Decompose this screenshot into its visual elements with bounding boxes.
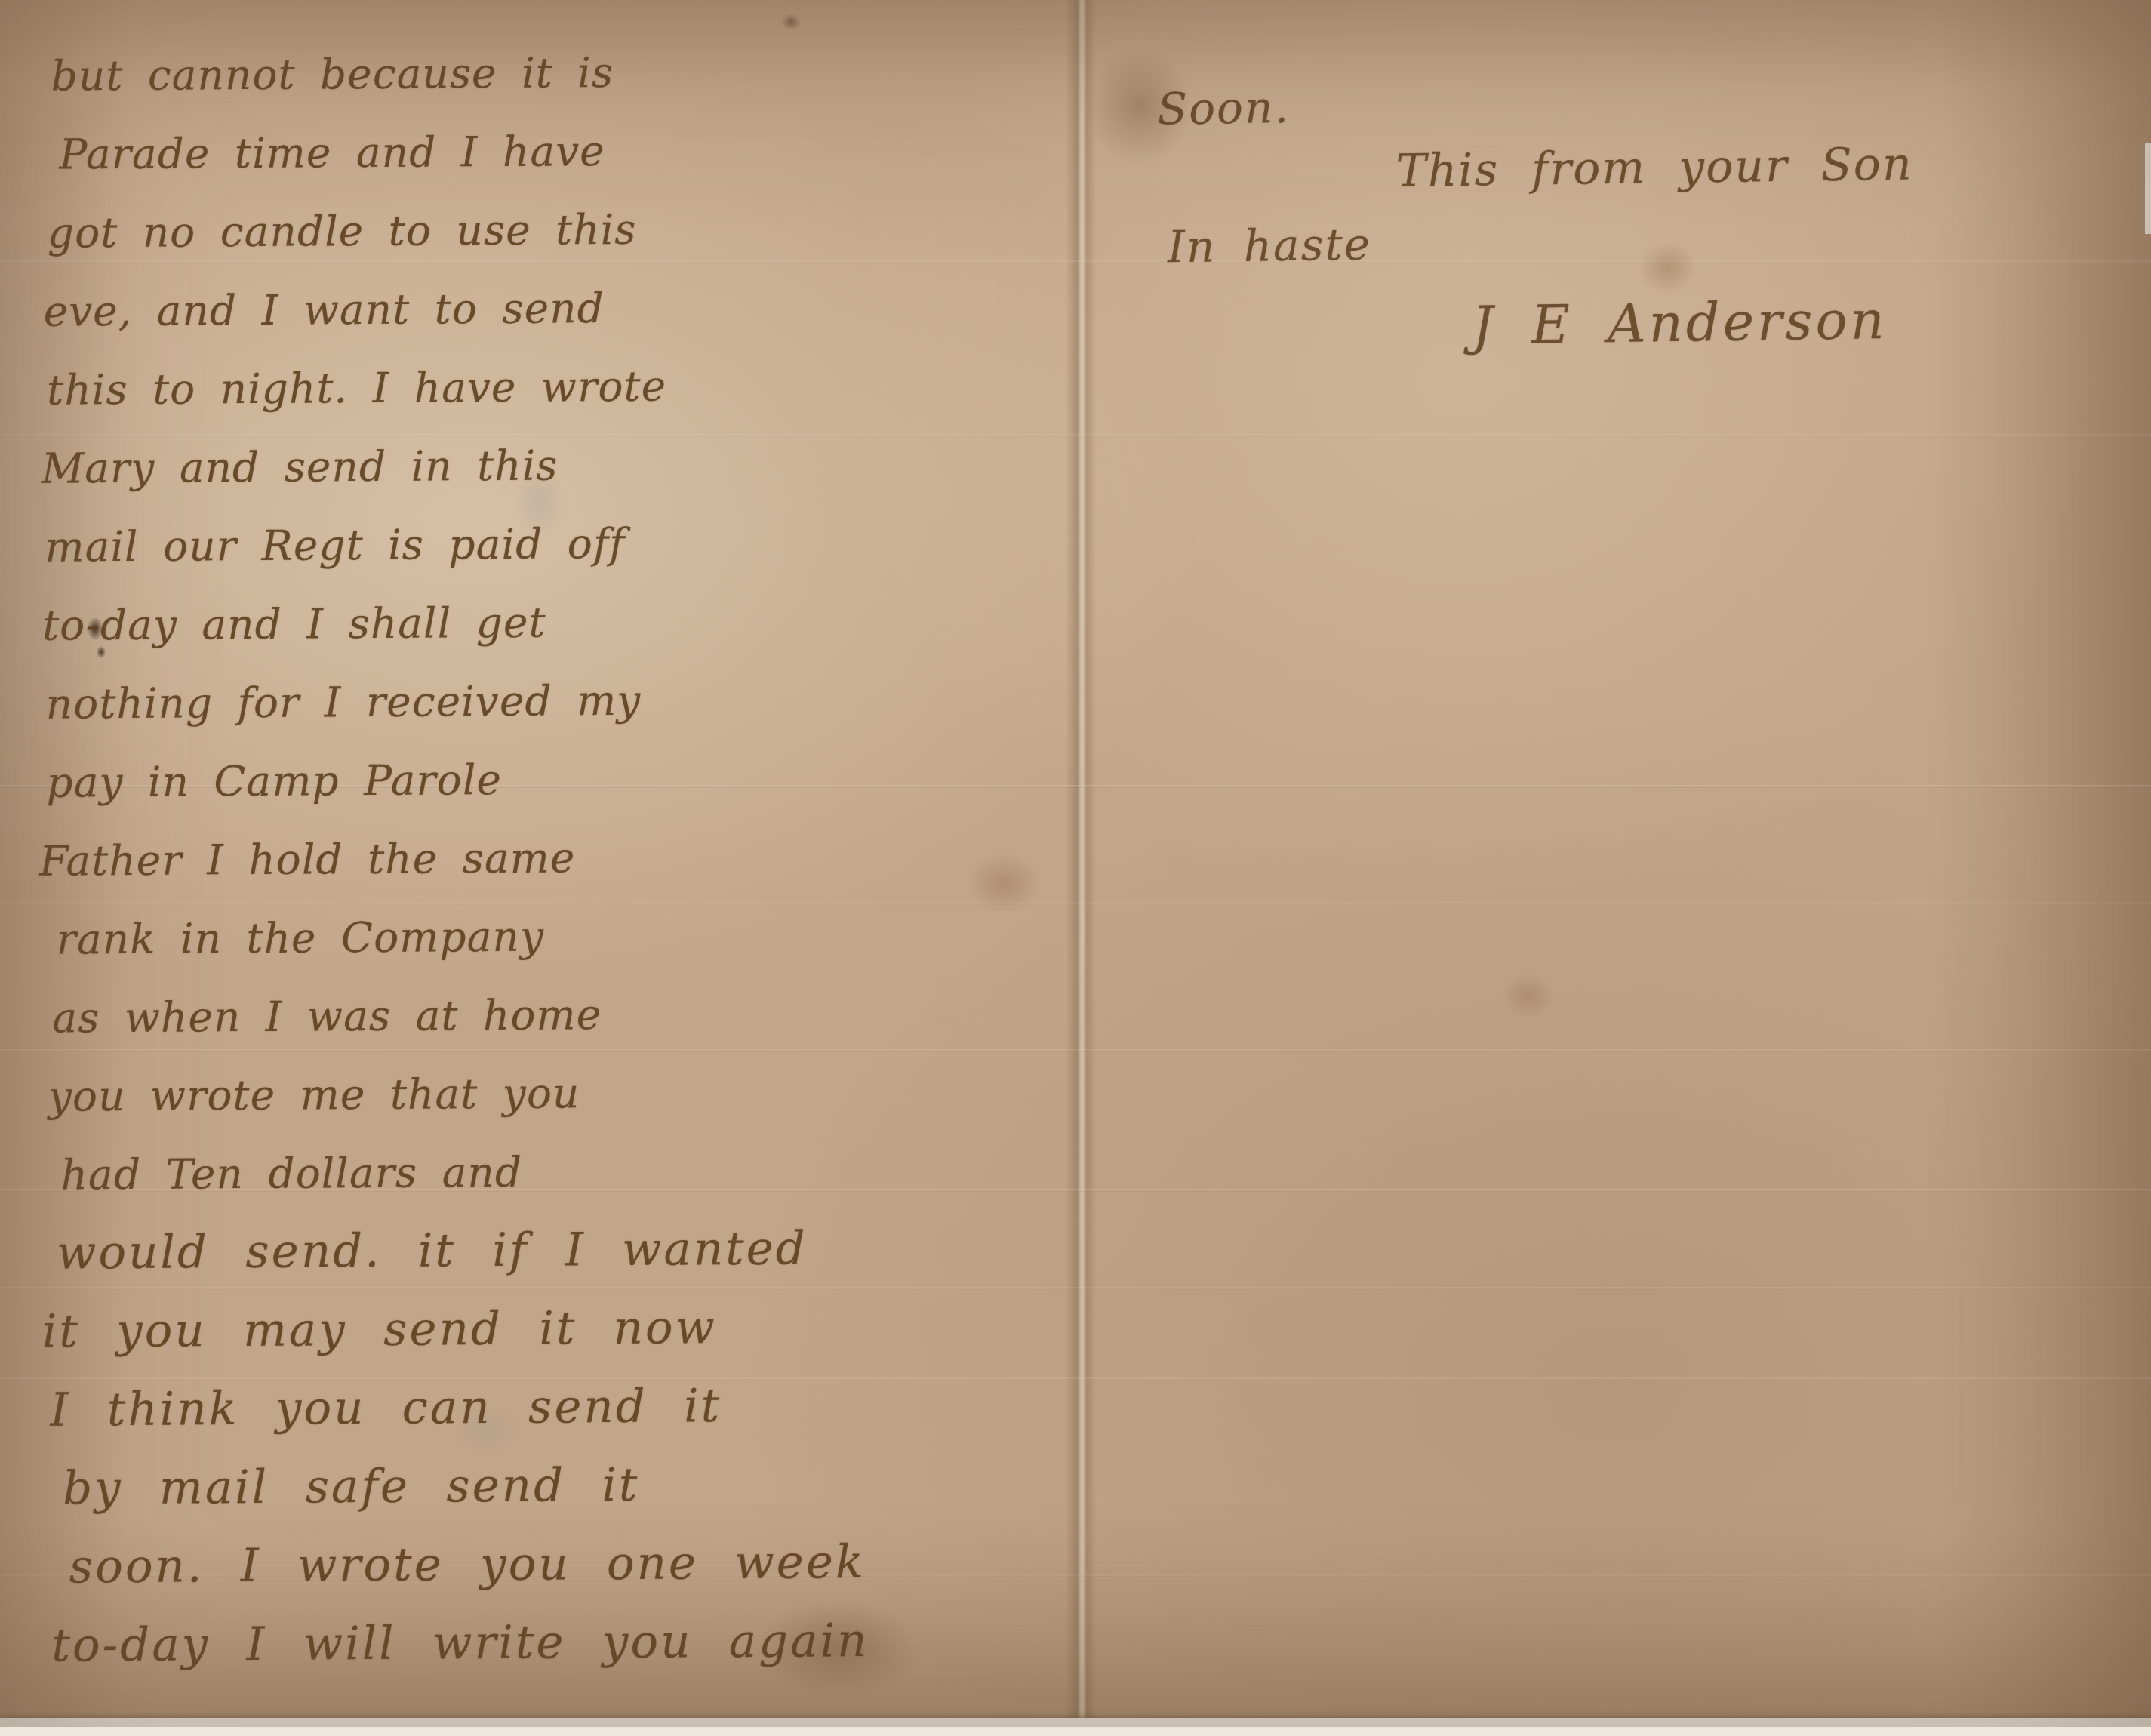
handwriting-line: nothing for I received my (45, 657, 1193, 743)
handwriting-line: to-day I will write you again (51, 1599, 1199, 1685)
handwriting-line: pay in Camp Parole (46, 736, 1194, 821)
handwriting-line: as when I was at home (52, 971, 1196, 1057)
stain (1502, 974, 1555, 1019)
scan-edge-right (2145, 143, 2151, 234)
handwriting-line: rank in the Company (56, 893, 1195, 978)
attribution-line: This from your Son (1396, 137, 1913, 198)
handwriting-line: you wrote me that you (48, 1050, 1196, 1135)
handwriting-line: Father I hold the same (39, 814, 1195, 900)
in-haste-line: In haste (1168, 219, 1372, 273)
handwriting-line: would send. it if I wanted (57, 1207, 1197, 1292)
handwriting-line: soon. I wrote you one week (69, 1521, 1199, 1606)
handwriting-line: it you may send it now (42, 1285, 1198, 1371)
handwriting-line: by mail safe send it (63, 1442, 1199, 1528)
letter-scan: but cannot because it is Parade time and… (0, 0, 2151, 1727)
page-right: Soon. This from your Son In haste J E An… (0, 0, 2151, 619)
handwriting-line: had Ten dollars and (60, 1128, 1196, 1214)
closing-word: Soon. (1157, 82, 1290, 134)
signature: J E Anderson (1472, 289, 1888, 357)
handwriting-line: I think you can send it (50, 1364, 1198, 1449)
scan-edge-bottom (0, 1718, 2151, 1736)
